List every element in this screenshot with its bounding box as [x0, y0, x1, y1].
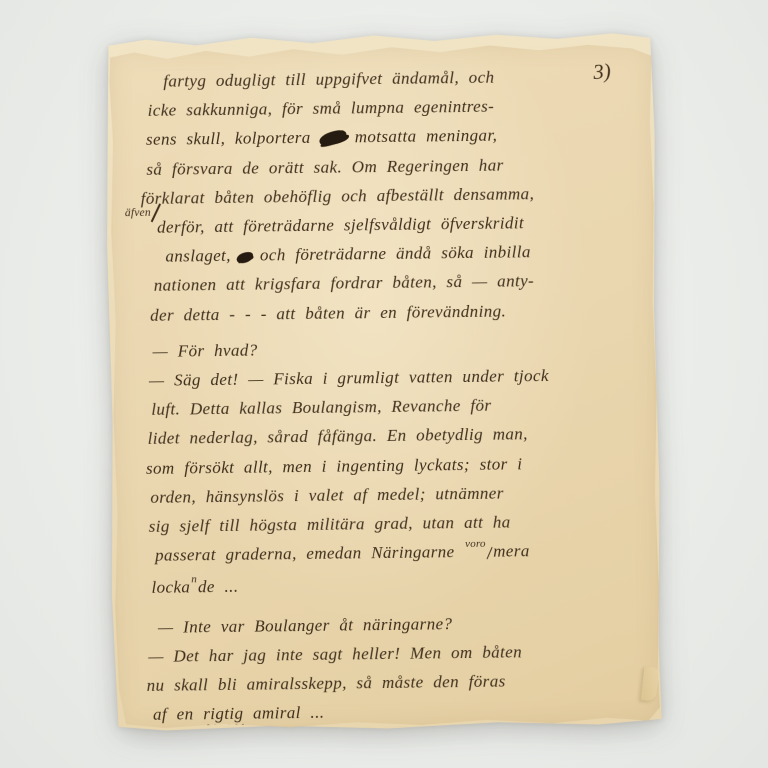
handwritten-text: locka: [151, 578, 190, 597]
handwritten-text: — Säg det! — Fiska i grumligt vatten und…: [149, 366, 549, 390]
inserted-word: äfven: [125, 199, 151, 229]
handwritten-text: och företrädarne ändå söka inbilla: [260, 242, 531, 264]
handwritten-text: så försvara de orätt sak. Om Regeringen …: [146, 155, 503, 178]
handwritten-text: sens skull, kolportera: [146, 128, 311, 149]
inserted-letter: n: [191, 574, 197, 586]
manuscript-line: der detta - - - att båten är en förevänd…: [140, 294, 641, 329]
handwritten-text: motsatta meningar,: [355, 126, 498, 147]
insertion-slash-mark: [486, 547, 492, 559]
inserted-word: voro: [465, 538, 486, 550]
handwritten-text: passerat graderna, emedan Näringarne: [155, 542, 455, 565]
handwritten-text: sig sjelf till högsta militära grad, uta…: [149, 513, 511, 536]
handwritten-text: af en: [153, 705, 194, 724]
handwritten-text: nationen att krigsfara fordrar båten, så…: [154, 272, 535, 296]
corner-fold: [641, 666, 660, 701]
handwritten-text: förklarat båten obehöflig och afbeställt…: [141, 184, 535, 208]
paper-stack: 3) fartyg odugligt till uppgifvet ändamå…: [100, 31, 669, 738]
ink-scribble-icon: [318, 129, 348, 149]
handwritten-text-block: fartyg odugligt till uppgifvet ändamål, …: [137, 61, 646, 730]
handwritten-text: luft. Detta kallas Boulangism, Revanche …: [151, 396, 491, 419]
handwritten-text: amiral ...: [253, 703, 325, 723]
handwritten-text: fartyg odugligt till uppgifvet ändamål, …: [163, 68, 494, 91]
handwritten-text: som försökt allt, men i ingenting lyckat…: [146, 454, 523, 478]
manuscript-sheet: 3) fartyg odugligt till uppgifvet ändamå…: [107, 41, 662, 732]
handwritten-text: mera: [493, 541, 530, 560]
handwritten-text: — Det har jag inte sagt heller! Men om b…: [148, 642, 522, 666]
handwritten-text: — För hvad?: [152, 340, 257, 360]
manuscript-photo: 3) fartyg odugligt till uppgifvet ändamå…: [0, 0, 768, 768]
handwritten-text: — Inte var Boulanger åt näringarne?: [158, 614, 453, 637]
handwritten-text: der detta - - - att båten är en förevänd…: [150, 301, 506, 324]
handwritten-text: orden, hänsynslös i valet af medel; utnä…: [150, 483, 504, 506]
handwritten-text: anslaget,: [165, 246, 231, 266]
underlined-word: rigtig: [203, 704, 243, 723]
handwritten-text: de ...: [198, 577, 239, 596]
handwritten-text: nu skall bli amiralsskepp, så måste den …: [147, 672, 506, 695]
handwritten-text: lidet nederlag, sårad fåfänga. En obetyd…: [148, 425, 528, 449]
handwritten-text: icke sakkunniga, för små lumpna egenintr…: [148, 97, 495, 120]
ink-scribble-icon: [236, 251, 255, 265]
handwritten-text: derför, att företrädarne sjelfsvåldigt ö…: [157, 213, 524, 236]
manuscript-line: lockande ...: [143, 567, 644, 605]
